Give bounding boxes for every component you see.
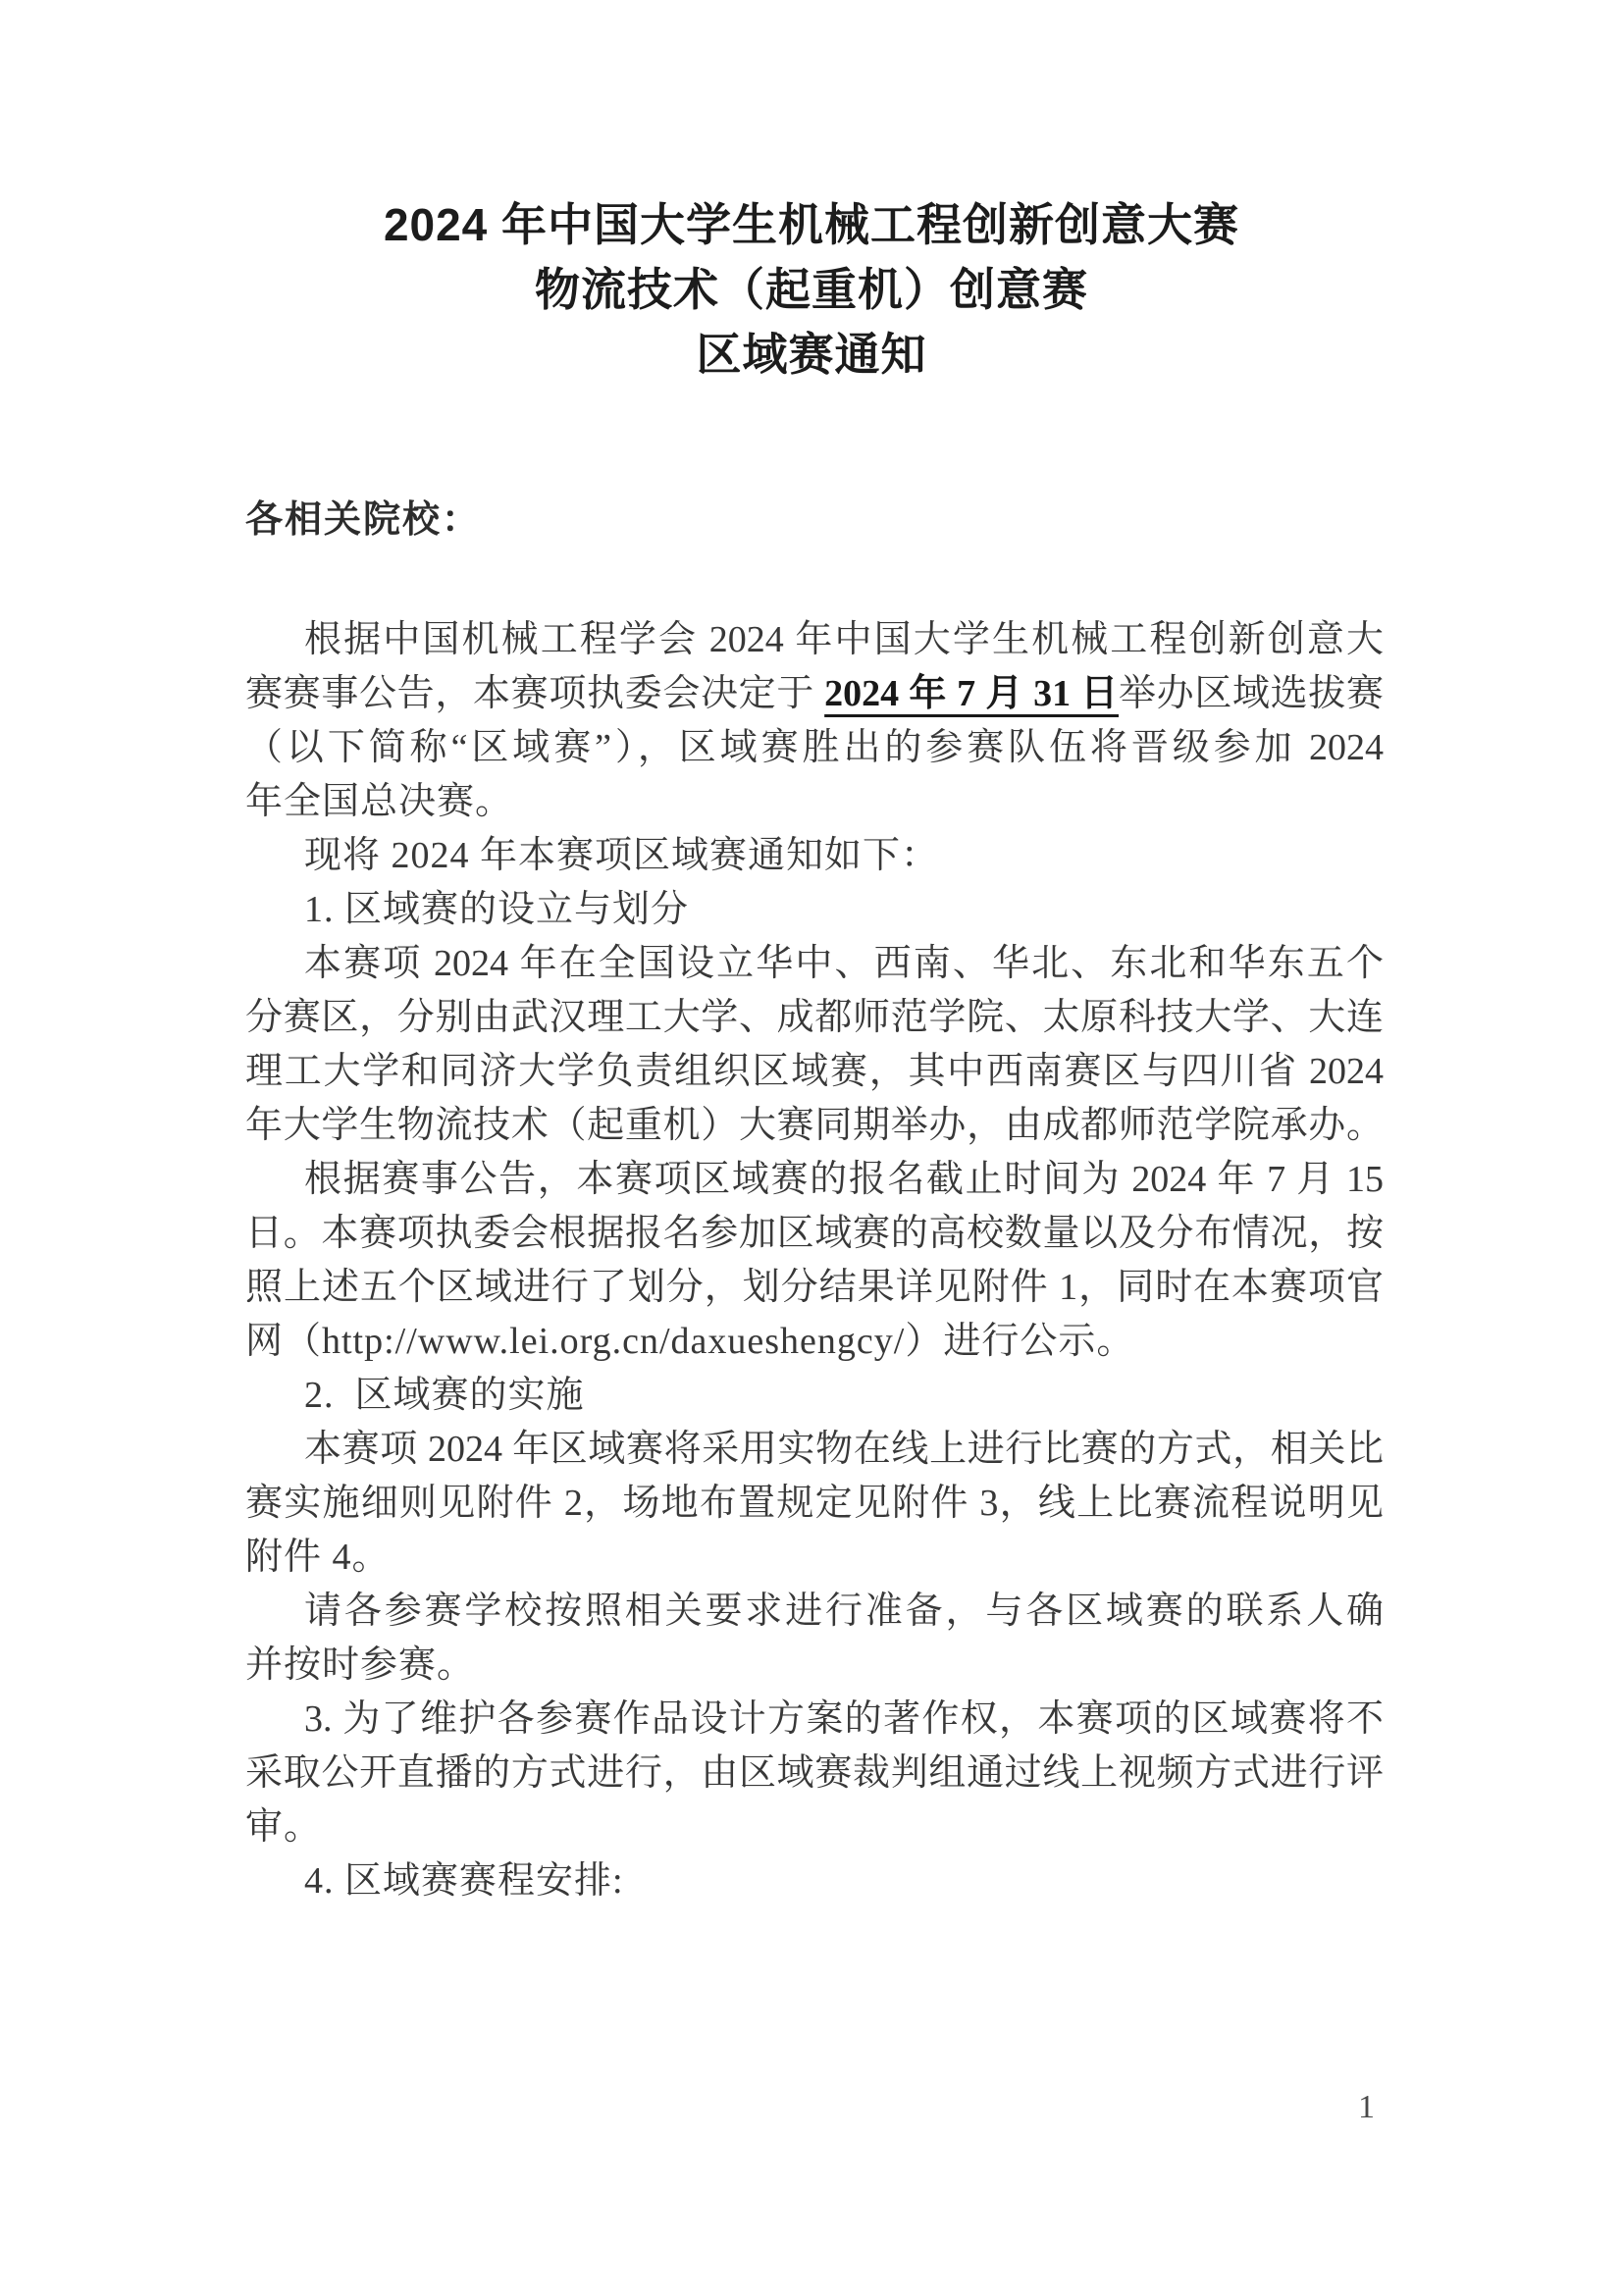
text-line: 日。本赛项执委会根据报名参加区域赛的高校数量以及分布情况，按 [245, 1207, 1384, 1261]
date-line-pre: 赛赛事公告，本赛项执委会决定于 [245, 673, 824, 714]
text-line: 本赛项 2024 年区域赛将采用实物在线上进行比赛的方式，相关比 [245, 1423, 1384, 1477]
text-line: 审。 [245, 1800, 1384, 1854]
document-title: 2024 年中国大学生机械工程创新创意大赛 物流技术（起重机）创意赛 区域赛通知 [0, 192, 1623, 387]
text-line: 分赛区，分别由武汉理工大学、成都师范学院、太原科技大学、大连 [245, 991, 1384, 1045]
section-2-heading: 2. 区域赛的实施 [245, 1369, 1384, 1423]
text-line: 采取公开直播的方式进行，由区域赛裁判组通过线上视频方式进行评 [245, 1747, 1384, 1800]
text-line: 赛实施细则见附件 2，场地布置规定见附件 3，线上比赛流程说明见 [245, 1477, 1384, 1531]
underlined-date: 2024 年 7 月 31 日 [824, 673, 1119, 714]
text-line: 年大学生物流技术（起重机）大赛同期举办，由成都师范学院承办。 [245, 1099, 1384, 1153]
title-line-3: 区域赛通知 [0, 322, 1623, 387]
text-line-url: 网（http://www.lei.org.cn/daxueshengcy/）进行… [245, 1315, 1384, 1369]
text-line: 根据赛事公告，本赛项区域赛的报名截止时间为 2024 年 7 月 15 [245, 1153, 1384, 1207]
text-line-with-date: 赛赛事公告，本赛项执委会决定于 2024 年 7 月 31 日举办区域选拔赛 [245, 667, 1384, 721]
section-3-heading: 3. 为了维护各参赛作品设计方案的著作权，本赛项的区域赛将不 [245, 1693, 1384, 1747]
text-line: 本赛项 2024 年在全国设立华中、西南、华北、东北和华东五个 [245, 937, 1384, 991]
text-line: 根据中国机械工程学会 2024 年中国大学生机械工程创新创意大 [245, 613, 1384, 667]
salutation: 各相关院校： [245, 494, 481, 548]
section-4-heading: 4. 区域赛赛程安排: [245, 1854, 1384, 1908]
text-line: 请各参赛学校按照相关要求进行准备，与各区域赛的联系人确认， [245, 1585, 1384, 1639]
date-line-post: 举办区域选拔赛 [1119, 673, 1384, 714]
title-line-1: 2024 年中国大学生机械工程创新创意大赛 [0, 192, 1623, 257]
text-line: 现将 2024 年本赛项区域赛通知如下： [245, 829, 1384, 883]
text-line: （以下简称“区域赛”），区域赛胜出的参赛队伍将晋级参加 2024 [245, 721, 1384, 775]
document-page: 2024 年中国大学生机械工程创新创意大赛 物流技术（起重机）创意赛 区域赛通知… [0, 0, 1623, 2296]
text-line: 照上述五个区域进行了划分，划分结果详见附件 1，同时在本赛项官 [245, 1261, 1384, 1315]
text-line: 并按时参赛。 [245, 1639, 1384, 1693]
section-1-heading: 1. 区域赛的设立与划分 [245, 883, 1384, 937]
page-number: 1 [1358, 2088, 1375, 2127]
text-line: 理工大学和同济大学负责组织区域赛，其中西南赛区与四川省 2024 [245, 1045, 1384, 1099]
title-line-2: 物流技术（起重机）创意赛 [0, 257, 1623, 322]
text-line: 附件 4。 [245, 1531, 1384, 1585]
body-text: 根据中国机械工程学会 2024 年中国大学生机械工程创新创意大 赛赛事公告，本赛… [245, 613, 1384, 1908]
text-line: 年全国总决赛。 [245, 775, 1384, 829]
